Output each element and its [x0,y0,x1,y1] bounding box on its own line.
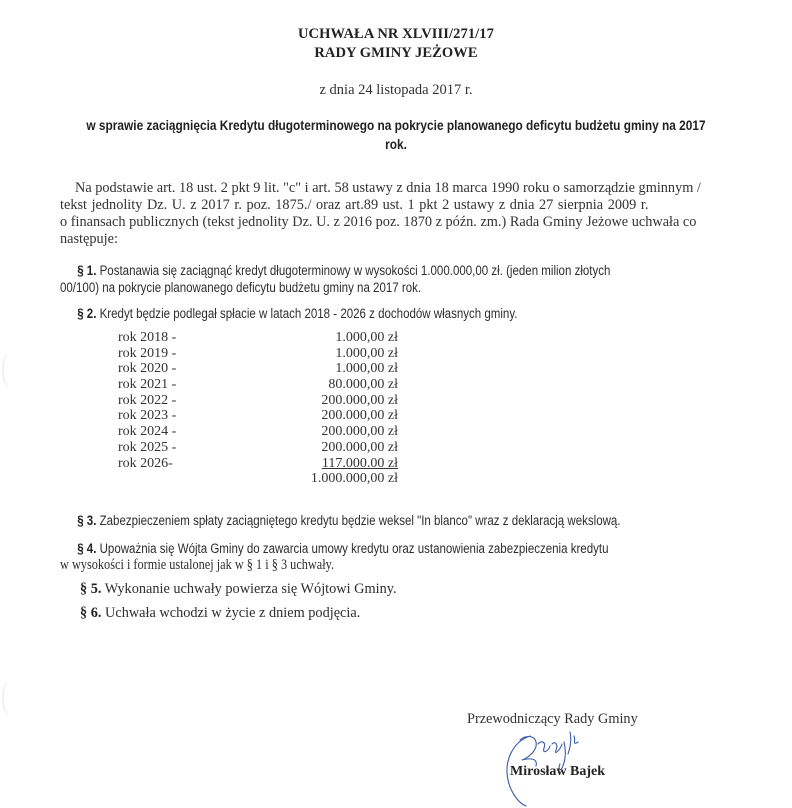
section-4: § 4. Upoważnia się Wójta Gminy do zawarc… [60,540,671,574]
schedule-amount: 1.000,00 zł [335,346,398,362]
signatory-name: Mirosław Bajek [510,764,605,780]
section-text: Zabezpieczeniem spłaty zaciągniętego kre… [96,513,620,528]
resolution-subject: w sprawie zaciągnięcia Kredytu długoterm… [83,116,710,154]
preamble-line: o finansach publicznych (tekst jednolity… [60,214,766,231]
preamble-line: Na podstawie art. 18 ust. 2 pkt 9 lit. "… [60,180,766,197]
resolution-date: z dnia 24 listopada 2017 r. [0,82,792,99]
section-text: w wysokości i formie ustalonej jak w § 1… [60,557,671,574]
section-mark: § 2. [77,306,96,321]
punch-hole-mark [2,680,18,716]
schedule-year: rok 2020 - [118,361,238,377]
schedule-amount: 200.000,00 zł [321,393,398,409]
punch-hole-mark [2,352,18,388]
schedule-year: rok 2022 - [118,393,238,409]
council-name: RADY GMINY JEŻOWE [0,45,792,62]
section-5: § 5. Wykonanie uchwały powierza się Wójt… [60,581,770,598]
schedule-amount: 80.000,00 zł [328,377,398,393]
preamble: Na podstawie art. 18 ust. 2 pkt 9 lit. "… [60,180,766,248]
section-3: § 3. Zabezpieczeniem spłaty zaciągnięteg… [60,512,671,529]
schedule-row: rok 2022 -200.000,00 zł [118,393,398,409]
section-text: Postanawia się zaciągnąć kredyt długoter… [96,263,610,278]
section-1: § 1. Postanawia się zaciągnąć kredyt dłu… [60,262,671,296]
schedule-total-row: 1.000.000,00 zł [118,471,398,487]
schedule-row: rok 2025 -200.000,00 zł [118,440,398,456]
section-text: Upoważnia się Wójta Gminy do zawarcia um… [96,541,608,556]
section-6: § 6. Uchwała wchodzi w życie z dniem pod… [60,605,770,622]
section-text: Kredyt będzie podlegał spłacie w latach … [96,306,517,321]
schedule-row: rok 2021 -80.000,00 zł [118,377,398,393]
schedule-row: rok 2020 -1.000,00 zł [118,361,398,377]
section-mark: § 6. [80,605,101,621]
schedule-year: rok 2025 - [118,440,238,456]
schedule-amount: 1.000,00 zł [335,330,398,346]
resolution-number: UCHWAŁA NR XLVIII/271/17 [0,26,792,43]
section-mark: § 3. [77,513,96,528]
section-mark: § 4. [77,541,96,556]
schedule-row: rok 2026-117.000.00 zł [118,456,398,472]
section-mark: § 1. [77,263,96,278]
preamble-line: tekst jednolity Dz. U. z 2017 r. poz. 18… [60,197,766,214]
schedule-amount: 200.000,00 zł [321,440,398,456]
repayment-schedule: rok 2018 -1.000,00 złrok 2019 -1.000,00 … [118,330,398,487]
schedule-row: rok 2023 -200.000,00 zł [118,408,398,424]
document-page: UCHWAŁA NR XLVIII/271/17 RADY GMINY JEŻO… [0,0,792,808]
schedule-year: rok 2026- [118,456,238,472]
schedule-amount: 200.000,00 zł [321,424,398,440]
schedule-row: rok 2018 -1.000,00 zł [118,330,398,346]
schedule-year: rok 2019 - [118,346,238,362]
schedule-year: rok 2018 - [118,330,238,346]
preamble-line: następuje: [60,231,766,248]
schedule-amount: 117.000.00 zł [322,456,398,472]
schedule-row: rok 2019 -1.000,00 zł [118,346,398,362]
schedule-total-spacer [118,471,238,487]
section-text: Uchwała wchodzi w życie z dniem podjęcia… [101,605,360,621]
schedule-year: rok 2021 - [118,377,238,393]
signatory-title: Przewodniczący Rady Gminy [467,711,638,728]
section-text: Wykonanie uchwały powierza się Wójtowi G… [101,581,396,597]
schedule-amount: 200.000,00 zł [321,408,398,424]
section-2: § 2. Kredyt będzie podlegał spłacie w la… [60,305,671,322]
schedule-amount: 1.000,00 zł [335,361,398,377]
schedule-year: rok 2024 - [118,424,238,440]
section-mark: § 5. [80,581,101,597]
schedule-year: rok 2023 - [118,408,238,424]
section-text: 00/100) na pokrycie planowanego deficytu… [60,279,671,296]
schedule-total: 1.000.000,00 zł [311,471,398,487]
schedule-row: rok 2024 -200.000,00 zł [118,424,398,440]
